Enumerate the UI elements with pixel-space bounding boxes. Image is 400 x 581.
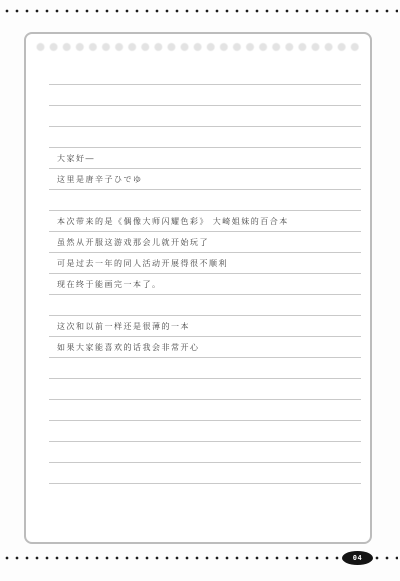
handwritten-line-7: 这次和以前一样还是很薄的一本 bbox=[57, 321, 190, 333]
bottom-dotted-border bbox=[2, 556, 398, 560]
binding-dots-decoration bbox=[34, 42, 362, 52]
page-number-badge: 04 bbox=[342, 551, 373, 565]
page-number: 04 bbox=[353, 554, 362, 562]
handwritten-line-greeting: 大家好— bbox=[57, 153, 95, 165]
handwritten-line-6: 现在终于能画完一本了。 bbox=[57, 279, 162, 291]
handwritten-line-author: 这里是唐辛子ひでゆ bbox=[57, 174, 143, 186]
handwritten-line-5: 可是过去一年的同人活动开展得很不顺利 bbox=[57, 258, 228, 270]
notebook-page: 大家好— 这里是唐辛子ひでゆ 本次带来的是《偶像大师闪耀色彩》 大崎姐妹的百合本… bbox=[24, 32, 372, 544]
handwritten-line-4: 虽然从开服这游戏那会儿就开始玩了 bbox=[57, 237, 209, 249]
handwritten-line-book-intro: 本次带来的是《偶像大师闪耀色彩》 大崎姐妹的百合本 bbox=[57, 216, 289, 228]
top-dotted-border bbox=[2, 9, 398, 13]
handwritten-line-8: 如果大家能喜欢的话我会非常开心 bbox=[57, 342, 200, 354]
